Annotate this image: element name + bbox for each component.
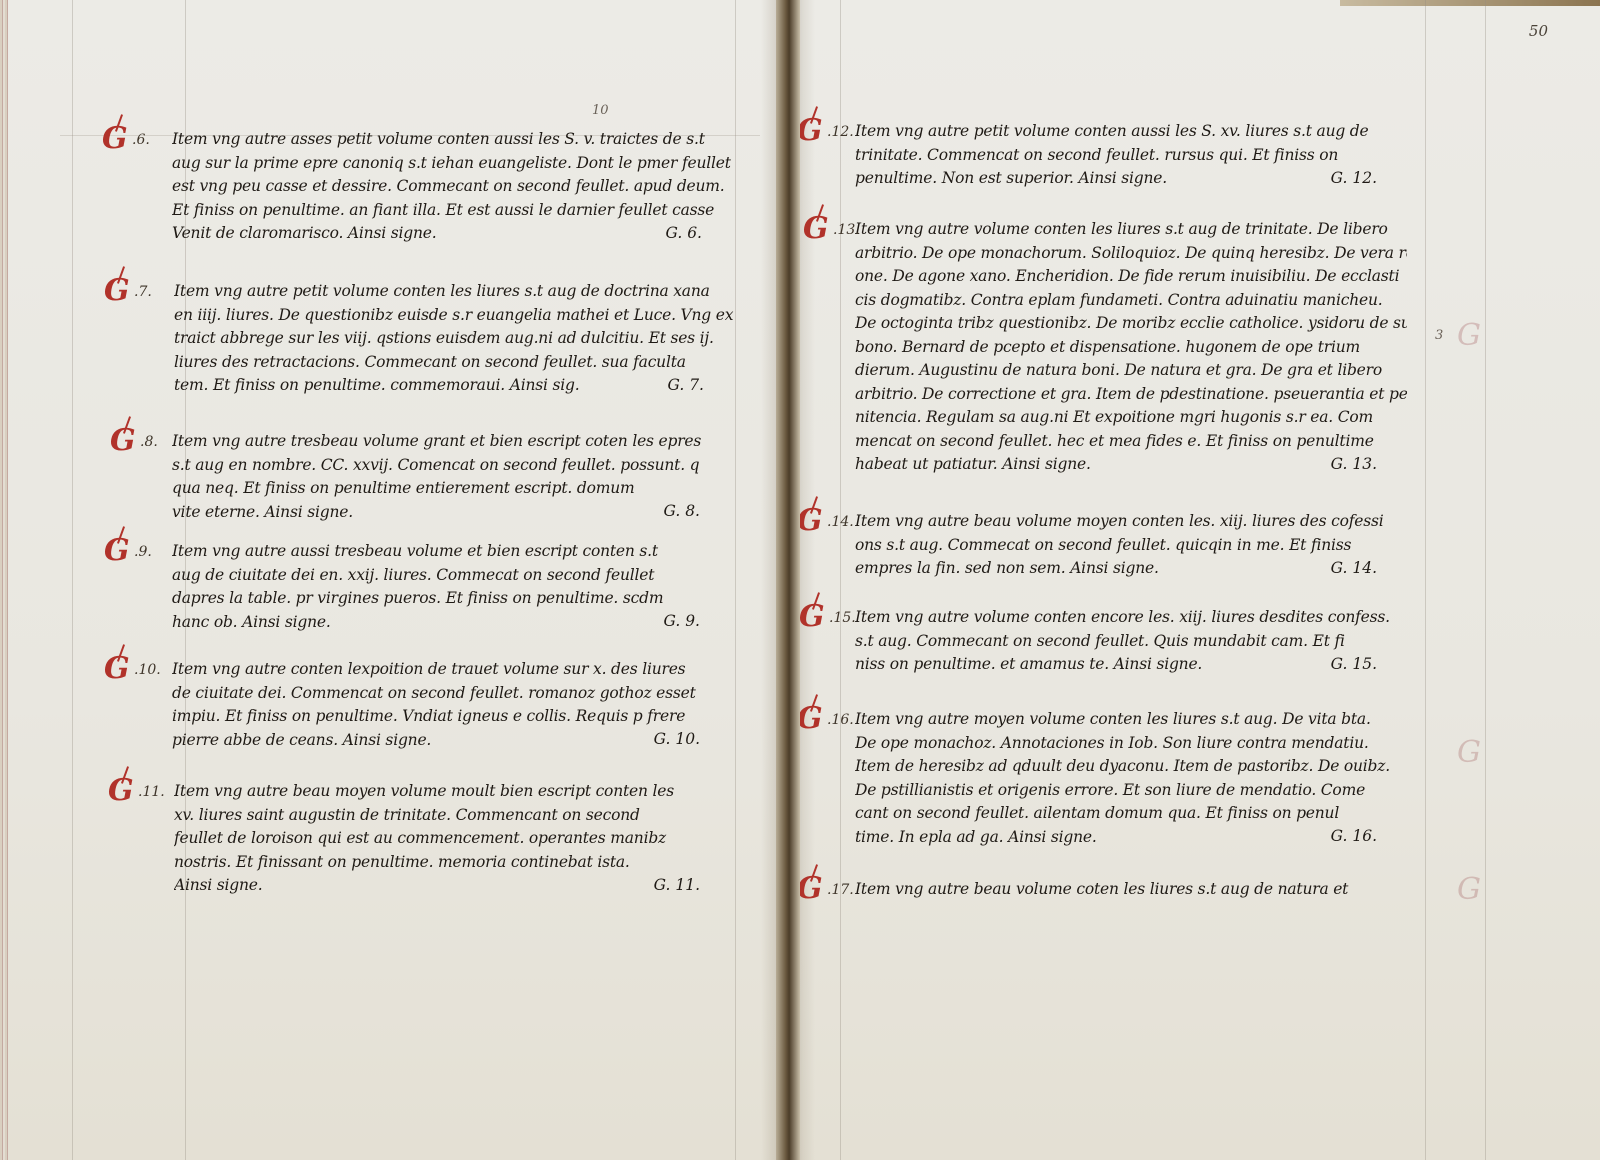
entry-number: .9. <box>134 544 152 560</box>
entry-signature: G. 14. <box>1331 559 1377 577</box>
catalog-entry: G .7. Item vng autre petit volume conten… <box>104 280 744 398</box>
show-through-marker-icon: G <box>1457 735 1481 770</box>
entry-number: .12. <box>827 124 854 140</box>
margin-note: 3 <box>1435 328 1443 343</box>
entry-signature: G. 12. <box>1331 169 1377 187</box>
entry-number: .16. <box>827 712 854 728</box>
catalog-entry: G .11. Item vng autre beau moyen volume … <box>108 780 740 898</box>
rubric-marker-icon: G <box>108 776 134 806</box>
rubric-marker-icon: G <box>104 654 130 684</box>
entry-signature: G. 10. <box>654 730 700 748</box>
catalog-entry: G .16. Item vng autre moyen volume conte… <box>797 708 1407 849</box>
entry-text: Item vng autre conten lexpoition de trau… <box>104 658 740 752</box>
entry-text: Item vng autre petit volume conten les l… <box>104 280 744 398</box>
entry-signature: G. 16. <box>1331 827 1377 845</box>
entry-text: Item vng autre asses petit volume conten… <box>102 128 742 246</box>
rubric-marker-icon: G <box>803 214 829 244</box>
rubric-marker-icon: G <box>797 874 823 904</box>
entry-text: Item vng autre beau volume coten les liu… <box>797 878 1407 902</box>
catalog-entry: G .12. Item vng autre petit volume conte… <box>797 120 1407 191</box>
entry-text: Item vng autre beau moyen volume moult b… <box>108 780 740 898</box>
rubric-marker-icon: G <box>799 602 825 632</box>
rubric-marker-icon: G <box>104 276 130 306</box>
entry-signature: G. 15. <box>1331 655 1377 673</box>
rubric-marker-icon: G <box>104 536 130 566</box>
catalog-entry: G .15. Item vng autre volume conten enco… <box>799 606 1407 677</box>
entry-number: .8. <box>140 434 158 450</box>
entry-text: Item vng autre moyen volume conten les l… <box>797 708 1407 849</box>
entry-signature: G. 11. <box>654 876 700 894</box>
entry-text: Item vng autre volume conten les liures … <box>803 218 1407 477</box>
manuscript-spread: 10 G .6. Item vng autre asses petit volu… <box>0 0 1600 1160</box>
entry-signature: G. 6. <box>666 224 702 242</box>
rubric-marker-icon: G <box>797 506 823 536</box>
entry-number: .10. <box>134 662 161 678</box>
left-page: 10 G .6. Item vng autre asses petit volu… <box>0 0 785 1160</box>
ruling-line <box>1485 0 1486 1160</box>
rubric-marker-icon: G <box>797 704 823 734</box>
page-edges <box>0 0 8 1160</box>
entry-signature: G. 9. <box>664 612 700 630</box>
catalog-entry: G .14. Item vng autre beau volume moyen … <box>797 510 1407 581</box>
entry-number: .6. <box>132 132 150 148</box>
entry-text: Item vng autre beau volume moyen conten … <box>797 510 1407 581</box>
entry-number: .17. <box>827 882 854 898</box>
catalog-entry: G .17. Item vng autre beau volume coten … <box>797 878 1407 902</box>
entry-text: Item vng autre petit volume conten aussi… <box>797 120 1407 191</box>
right-page: 50 3 G G G G .12. Item vng autre petit v… <box>785 0 1600 1160</box>
entry-number: .13. <box>833 222 860 238</box>
ruling-line <box>72 0 73 1160</box>
show-through-marker-icon: G <box>1457 318 1481 353</box>
folio-number: 50 <box>1529 22 1548 40</box>
page-edge-top <box>1340 0 1600 6</box>
catalog-entry: G .10. Item vng autre conten lexpoition … <box>104 658 740 752</box>
entry-text: Item vng autre volume conten encore les.… <box>799 606 1407 677</box>
catalog-entry: G .6. Item vng autre asses petit volume … <box>102 128 742 246</box>
entry-number: .7. <box>134 284 152 300</box>
rubric-marker-icon: G <box>797 116 823 146</box>
entry-number: .15. <box>829 610 856 626</box>
ruling-line <box>1425 0 1426 1160</box>
show-through-marker-icon: G <box>1457 872 1481 907</box>
book-gutter <box>776 0 800 1160</box>
catalog-entry: G .8. Item vng autre tresbeau volume gra… <box>110 430 740 524</box>
interlinear-note: 10 <box>592 103 609 118</box>
entry-text: Item vng autre tresbeau volume grant et … <box>110 430 740 524</box>
entry-signature: G. 8. <box>664 502 700 520</box>
entry-number: .14. <box>827 514 854 530</box>
entry-number: .11. <box>138 784 165 800</box>
catalog-entry: G .9. Item vng autre aussi tresbeau volu… <box>104 540 740 634</box>
catalog-entry: G .13. Item vng autre volume conten les … <box>803 218 1407 477</box>
rubric-marker-icon: G <box>102 124 128 154</box>
entry-signature: G. 7. <box>668 376 704 394</box>
rubric-marker-icon: G <box>110 426 136 456</box>
entry-signature: G. 13. <box>1331 455 1377 473</box>
entry-text: Item vng autre aussi tresbeau volume et … <box>104 540 740 634</box>
